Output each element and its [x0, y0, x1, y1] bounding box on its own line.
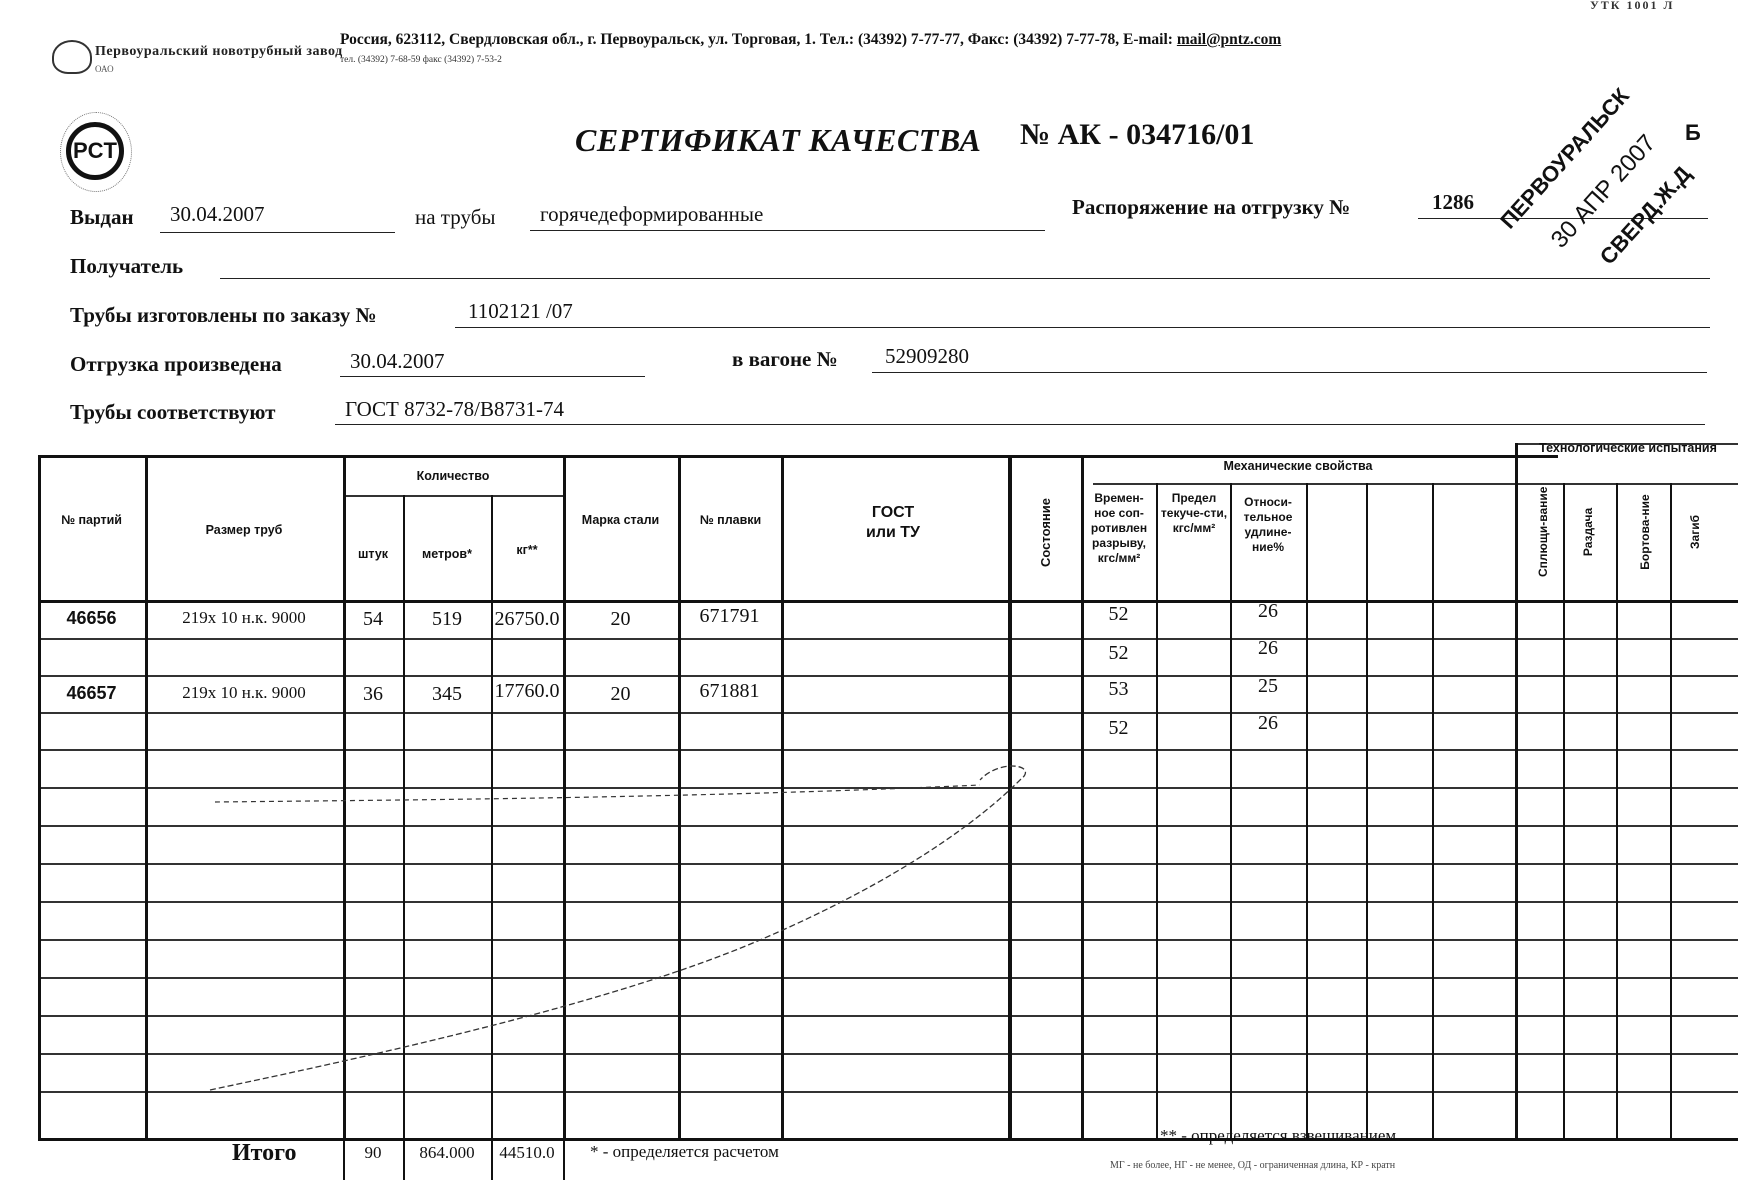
cell-meters: 345 — [403, 683, 491, 706]
cell-steel: 20 — [563, 683, 678, 706]
made-by-order-underline — [455, 327, 1710, 328]
row-line — [38, 749, 1738, 751]
made-by-order-label: Трубы изготовлены по заказу № — [70, 303, 377, 328]
header-flaring: Бортова-ние — [1638, 487, 1652, 577]
company-logo-icon — [52, 40, 92, 74]
header-heat-no: № плавки — [693, 513, 768, 529]
total-label: Итого — [232, 1140, 296, 1167]
header-meters: метров* — [403, 547, 491, 563]
contact-small-line: тел. (34392) 7-68-59 факс (34392) 7-53-2 — [340, 55, 502, 65]
row-line — [38, 675, 1738, 677]
certificate-number-value: 034716/01 — [1126, 118, 1254, 151]
col-line — [1670, 483, 1672, 1140]
email-link[interactable]: mail@pntz.com — [1177, 31, 1281, 48]
wagon-label: в вагоне № — [732, 347, 838, 372]
footnote-legend: МГ - не более, НГ - не менее, ОД - огран… — [1110, 1160, 1395, 1171]
shipped-value: 30.04.2007 — [350, 349, 445, 374]
col-line — [1515, 443, 1518, 1140]
wagon-underline — [872, 372, 1707, 373]
total-kg: 44510.0 — [491, 1143, 563, 1163]
table-header-bottom — [38, 600, 1738, 603]
shipped-underline — [340, 376, 645, 377]
shipment-order-label: Распоряжение на отгрузку № — [1072, 195, 1350, 220]
footnote-weigh: ** - определяется взвешиванием — [1160, 1126, 1396, 1146]
cell-heat: 671881 — [678, 680, 781, 703]
header-steel-grade: Марка стали — [578, 513, 663, 529]
company-sub: ОАО — [95, 64, 114, 74]
col-line — [1306, 483, 1308, 1140]
header-mechanical: Механические свойства — [1081, 459, 1515, 475]
issued-value: 30.04.2007 — [170, 202, 265, 227]
header-gost: ГОСТ или ТУ — [863, 503, 923, 543]
col-line — [1366, 483, 1368, 1140]
col-line — [1230, 483, 1232, 1140]
col-line — [1563, 483, 1565, 1140]
cell-elongation: 26 — [1230, 600, 1306, 623]
cell-lot: 46656 — [38, 608, 145, 629]
wagon-value: 52909280 — [885, 344, 969, 369]
issued-underline — [160, 232, 395, 233]
cell-pieces: 36 — [343, 683, 403, 706]
document-title: СЕРТИФИКАТ КАЧЕСТВА — [575, 122, 981, 159]
mech-sub-line — [1093, 483, 1738, 485]
col-line — [145, 455, 148, 1140]
recipient-underline — [220, 278, 1710, 279]
certificate-number-label: № АК - — [1020, 118, 1119, 151]
row-line — [38, 712, 1738, 714]
cell-lot: 46657 — [38, 683, 145, 704]
cell-tensile: 52 — [1081, 642, 1156, 665]
cell-size: 219x 10 н.к. 9000 — [145, 683, 343, 703]
cell-steel: 20 — [563, 608, 678, 631]
col-line — [1616, 483, 1618, 1140]
header-tensile: Времен-ное соп-ротивлен разрыву, кгс/мм² — [1084, 491, 1154, 566]
conform-underline — [335, 424, 1705, 425]
conform-label: Трубы соответствуют — [70, 400, 275, 425]
header-size: Размер труб — [145, 523, 343, 539]
stamp-suffix: Б — [1685, 120, 1701, 146]
col-line — [38, 455, 41, 1140]
table-top-border — [38, 455, 1558, 458]
cell-elongation: 25 — [1230, 675, 1306, 698]
signature-strike-icon — [200, 760, 1150, 1100]
conform-value: ГОСТ 8732-78/В8731-74 — [345, 397, 564, 422]
col-line — [1156, 483, 1158, 1140]
header-flattening: Сплющи-вание — [1536, 487, 1550, 577]
total-col-line — [563, 1140, 565, 1180]
header-expansion: Раздача — [1581, 492, 1595, 572]
issued-label: Выдан — [70, 205, 134, 230]
header-quantity: Количество — [343, 469, 563, 485]
cell-kg: 26750.0 — [491, 608, 563, 631]
certificate-number: № АК - 034716/01 — [1020, 118, 1254, 152]
pipes-underline — [530, 230, 1045, 231]
footnote-calc: * - определяется расчетом — [590, 1142, 779, 1162]
cell-tensile: 53 — [1081, 678, 1156, 701]
header-lot-no: № партий — [38, 513, 145, 529]
pipes-label: на трубы — [415, 205, 495, 230]
cell-elongation: 26 — [1230, 712, 1306, 735]
shipped-label: Отгрузка произведена — [70, 352, 282, 377]
cell-kg: 17760.0 — [491, 680, 563, 703]
made-by-order-value: 1102121 /07 — [468, 299, 573, 324]
company-name: Первоуральский новотрубный завод — [95, 44, 343, 60]
header-elongation: Относи-тельное удлине-ние% — [1233, 495, 1303, 555]
row-line — [38, 638, 1738, 640]
header-kg: кг** — [491, 543, 563, 559]
header-yield: Предел текуче-сти, кгс/мм² — [1159, 491, 1229, 536]
cell-heat: 671791 — [678, 605, 781, 628]
cell-pieces: 54 — [343, 608, 403, 631]
quantity-sub-line — [343, 495, 563, 497]
header-bend: Загиб — [1688, 497, 1702, 567]
pipes-value: горячедеформированные — [540, 202, 763, 227]
company-address: Россия, 623112, Свердловская обл., г. Пе… — [340, 31, 1281, 49]
header-pieces: штук — [343, 547, 403, 563]
col-line — [1432, 483, 1434, 1140]
form-code: УТК 1001 Л — [1590, 0, 1674, 13]
header-technological: Технологические испытания — [1518, 441, 1738, 457]
cell-size: 219x 10 н.к. 9000 — [145, 608, 343, 628]
recipient-label: Получатель — [70, 254, 183, 279]
cell-tensile: 52 — [1081, 603, 1156, 626]
header-condition: Состояние — [1038, 490, 1053, 575]
address-text: Россия, 623112, Свердловская обл., г. Пе… — [340, 31, 1177, 48]
total-meters: 864.000 — [403, 1143, 491, 1163]
pct-certification-icon: PCT — [66, 122, 124, 180]
cell-elongation: 26 — [1230, 637, 1306, 660]
railway-stamp: ПЕРВОУРАЛЬСК 30 АПР 2007 СВЕРД.Ж.Д — [1460, 48, 1741, 332]
cell-meters: 519 — [403, 608, 491, 631]
total-pieces: 90 — [343, 1143, 403, 1163]
cell-tensile: 52 — [1081, 717, 1156, 740]
